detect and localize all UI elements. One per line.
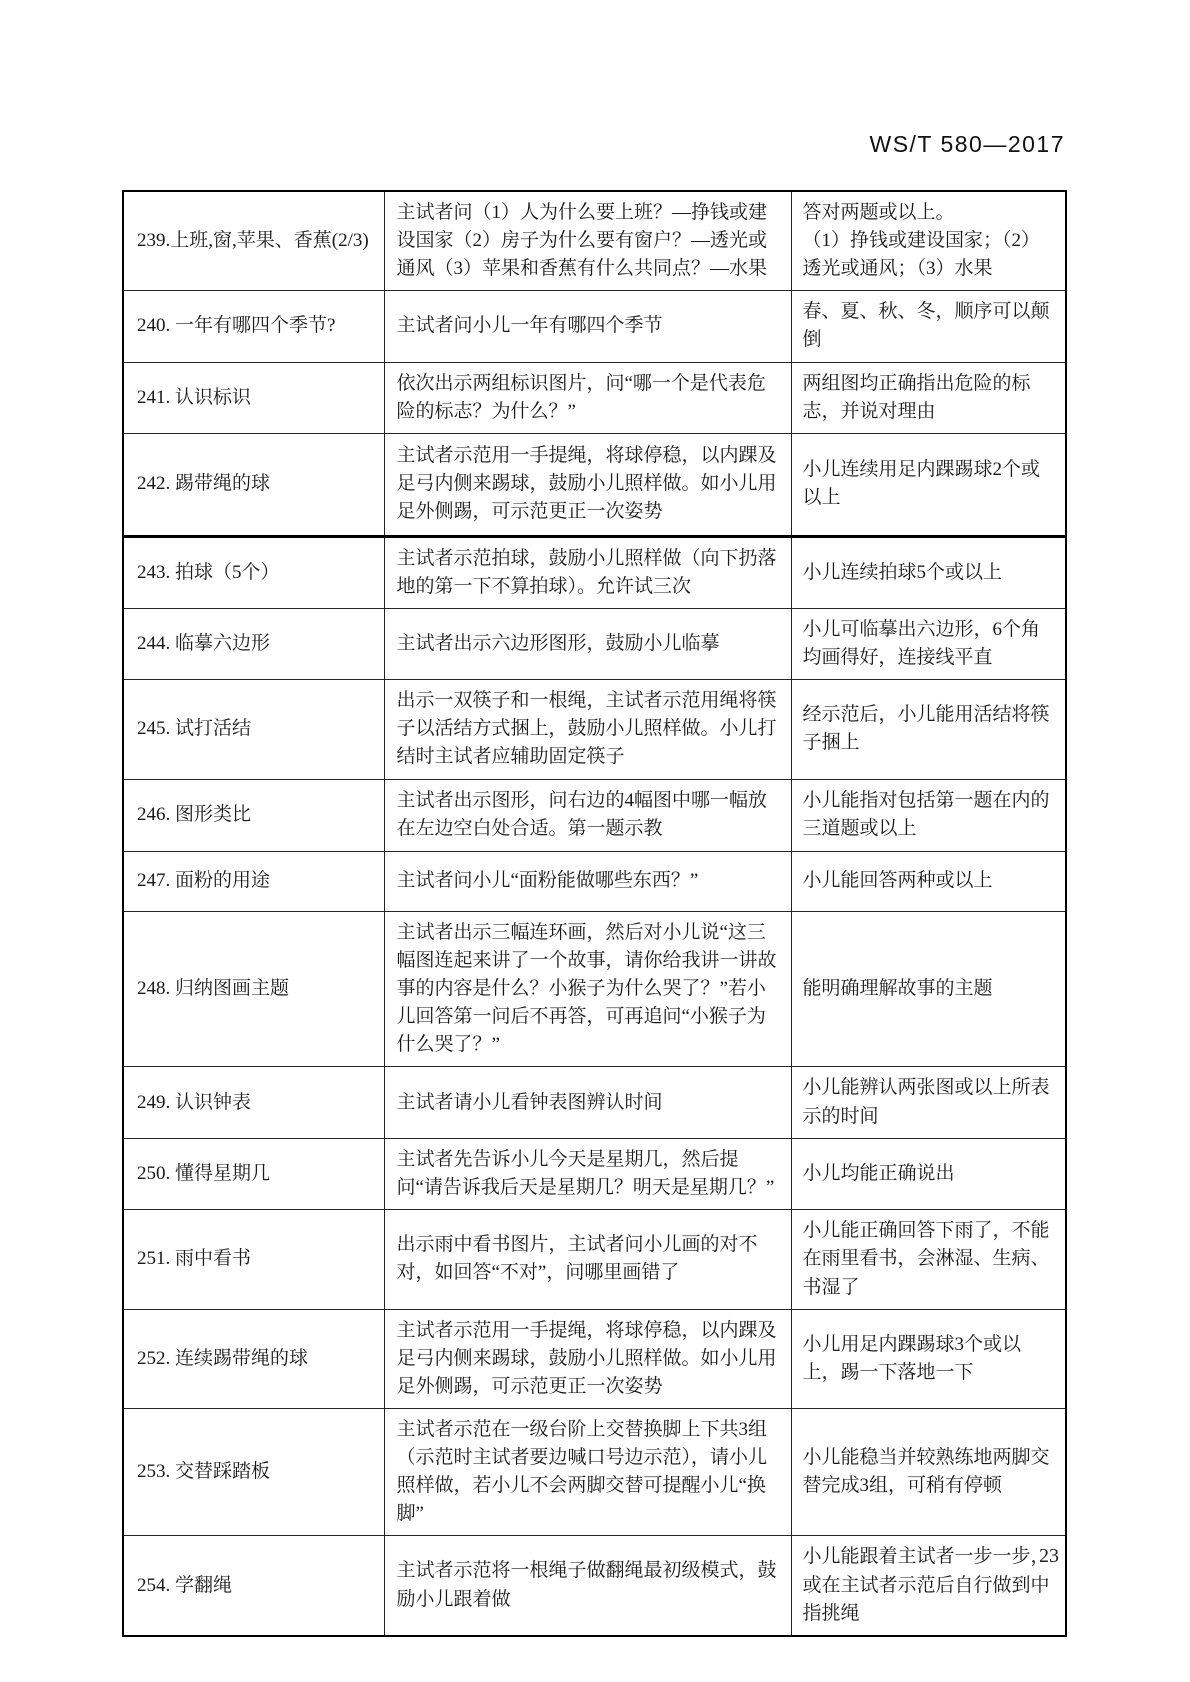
item-cell: 242. 踢带绳的球 [123,433,384,536]
standard-code: WS/T 580—2017 [869,131,1065,158]
criteria-cell: 小儿能回答两种或以上 [791,851,1066,911]
procedure-cell: 主试者出示六边形图形，鼓励小儿临摹 [384,608,791,679]
table-row: 247. 面粉的用途 主试者问小儿“面粉能做哪些东西？” 小儿能回答两种或以上 [123,851,1066,911]
item-cell: 249. 认识钟表 [123,1067,384,1139]
procedure-cell: 出示一双筷子和一根绳，主试者示范用绳将筷子以活结方式捆上，鼓励小儿照样做。小儿打… [384,680,791,779]
criteria-cell: 小儿能稳当并较熟练地两脚交替完成3组，可稍有停顿 [791,1408,1066,1535]
item-cell: 240. 一年有哪四个季节? [123,291,384,362]
table-row: 254. 学翻绳 主试者示范将一根绳子做翻绳最初级模式，鼓励小儿跟着做 小儿能跟… [123,1536,1066,1636]
item-cell: 248. 归纳图画主题 [123,911,384,1067]
table-row: 253. 交替踩踏板 主试者示范在一级台阶上交替换脚上下共3组（示范时主试者要边… [123,1408,1066,1535]
criteria-cell: 答对两题或以上。 （1）挣钱或建设国家；（2）透光或通风；（3）水果 [791,191,1066,291]
item-cell: 243. 拍球（5个） [123,536,384,608]
assessment-table: 239.上班,窗,苹果、香蕉(2/3) 主试者问（1）人为什么要上班？—挣钱或建… [122,190,1067,1637]
criteria-cell: 小儿连续用足内踝踢球2个或以上 [791,433,1066,536]
procedure-cell: 主试者示范在一级台阶上交替换脚上下共3组（示范时主试者要边喊口号边示范），请小儿… [384,1408,791,1535]
table-row: 248. 归纳图画主题 主试者出示三幅连环画，然后对小儿说“这三幅图连起来讲了一… [123,911,1066,1067]
table-row: 251. 雨中看书 出示雨中看书图片，主试者问小儿画的对不对，如回答“不对”，问… [123,1210,1066,1309]
criteria-cell: 小儿用足内踝踢球3个或以上，踢一下落地一下 [791,1309,1066,1408]
criteria-cell: 春、夏、秋、冬，顺序可以颠倒 [791,291,1066,362]
procedure-cell: 主试者请小儿看钟表图辨认时间 [384,1067,791,1139]
criteria-cell: 能明确理解故事的主题 [791,911,1066,1067]
criteria-cell: 经示范后，小儿能用活结将筷子捆上 [791,680,1066,779]
item-cell: 239.上班,窗,苹果、香蕉(2/3) [123,191,384,291]
procedure-cell: 主试者问（1）人为什么要上班？—挣钱或建设国家（2）房子为什么要有窗户？—透光或… [384,191,791,291]
table-row: 243. 拍球（5个） 主试者示范拍球，鼓励小儿照样做（向下扔落地的第一下不算拍… [123,536,1066,608]
table-row: 241. 认识标识 依次出示两组标识图片，问“哪一个是代表危险的标志？为什么？”… [123,362,1066,433]
criteria-cell: 小儿能辨认两张图或以上所表示的时间 [791,1067,1066,1139]
criteria-cell: 小儿连续拍球5个或以上 [791,536,1066,608]
table-row: 242. 踢带绳的球 主试者示范用一手提绳，将球停稳，以内踝及足弓内侧来踢球，鼓… [123,433,1066,536]
item-cell: 251. 雨中看书 [123,1210,384,1309]
procedure-cell: 主试者问小儿“面粉能做哪些东西？” [384,851,791,911]
item-cell: 250. 懂得星期几 [123,1139,384,1210]
procedure-cell: 主试者出示图形，问右边的4幅图中哪一幅放在左边空白处合适。第一题示教 [384,779,791,851]
criteria-cell: 小儿可临摹出六边形，6个角均画得好，连接线平直 [791,608,1066,679]
procedure-cell: 主试者问小儿一年有哪四个季节 [384,291,791,362]
procedure-cell: 主试者出示三幅连环画，然后对小儿说“这三幅图连起来讲了一个故事，请你给我讲一讲故… [384,911,791,1067]
item-cell: 254. 学翻绳 [123,1536,384,1636]
criteria-cell: 两组图均正确指出危险的标志，并说对理由 [791,362,1066,433]
item-cell: 253. 交替踩踏板 [123,1408,384,1535]
item-cell: 246. 图形类比 [123,779,384,851]
item-cell: 252. 连续踢带绳的球 [123,1309,384,1408]
table-row: 246. 图形类比 主试者出示图形，问右边的4幅图中哪一幅放在左边空白处合适。第… [123,779,1066,851]
table-row: 249. 认识钟表 主试者请小儿看钟表图辨认时间 小儿能辨认两张图或以上所表示的… [123,1067,1066,1139]
table-row: 245. 试打活结 出示一双筷子和一根绳，主试者示范用绳将筷子以活结方式捆上，鼓… [123,680,1066,779]
table-row: 244. 临摹六边形 主试者出示六边形图形，鼓励小儿临摹 小儿可临摹出六边形，6… [123,608,1066,679]
item-cell: 247. 面粉的用途 [123,851,384,911]
table-row: 252. 连续踢带绳的球 主试者示范用一手提绳，将球停稳，以内踝及足弓内侧来踢球… [123,1309,1066,1408]
procedure-cell: 主试者示范用一手提绳，将球停稳，以内踝及足弓内侧来踢球，鼓励小儿照样做。如小儿用… [384,433,791,536]
procedure-cell: 主试者示范将一根绳子做翻绳最初级模式，鼓励小儿跟着做 [384,1536,791,1636]
item-cell: 241. 认识标识 [123,362,384,433]
procedure-cell: 主试者示范用一手提绳，将球停稳，以内踝及足弓内侧来踢球，鼓励小儿照样做。如小儿用… [384,1309,791,1408]
item-cell: 245. 试打活结 [123,680,384,779]
table-row: 240. 一年有哪四个季节? 主试者问小儿一年有哪四个季节 春、夏、秋、冬，顺序… [123,291,1066,362]
procedure-cell: 依次出示两组标识图片，问“哪一个是代表危险的标志？为什么？” [384,362,791,433]
procedure-cell: 主试者先告诉小儿今天是星期几，然后提问“请告诉我后天是星期几？明天是星期几？” [384,1139,791,1210]
page-number: 23 [1039,1545,1059,1568]
table-row: 239.上班,窗,苹果、香蕉(2/3) 主试者问（1）人为什么要上班？—挣钱或建… [123,191,1066,291]
criteria-cell: 小儿能正确回答下雨了，不能在雨里看书，会淋湿、生病、书湿了 [791,1210,1066,1309]
item-cell: 244. 临摹六边形 [123,608,384,679]
criteria-cell: 小儿均能正确说出 [791,1139,1066,1210]
criteria-cell: 小儿能跟着主试者一步一步，或在主试者示范后自行做到中指挑绳 [791,1536,1066,1636]
table-row: 250. 懂得星期几 主试者先告诉小儿今天是星期几，然后提问“请告诉我后天是星期… [123,1139,1066,1210]
procedure-cell: 主试者示范拍球，鼓励小儿照样做（向下扔落地的第一下不算拍球）。允许试三次 [384,536,791,608]
procedure-cell: 出示雨中看书图片，主试者问小儿画的对不对，如回答“不对”，问哪里画错了 [384,1210,791,1309]
criteria-cell: 小儿能指对包括第一题在内的三道题或以上 [791,779,1066,851]
